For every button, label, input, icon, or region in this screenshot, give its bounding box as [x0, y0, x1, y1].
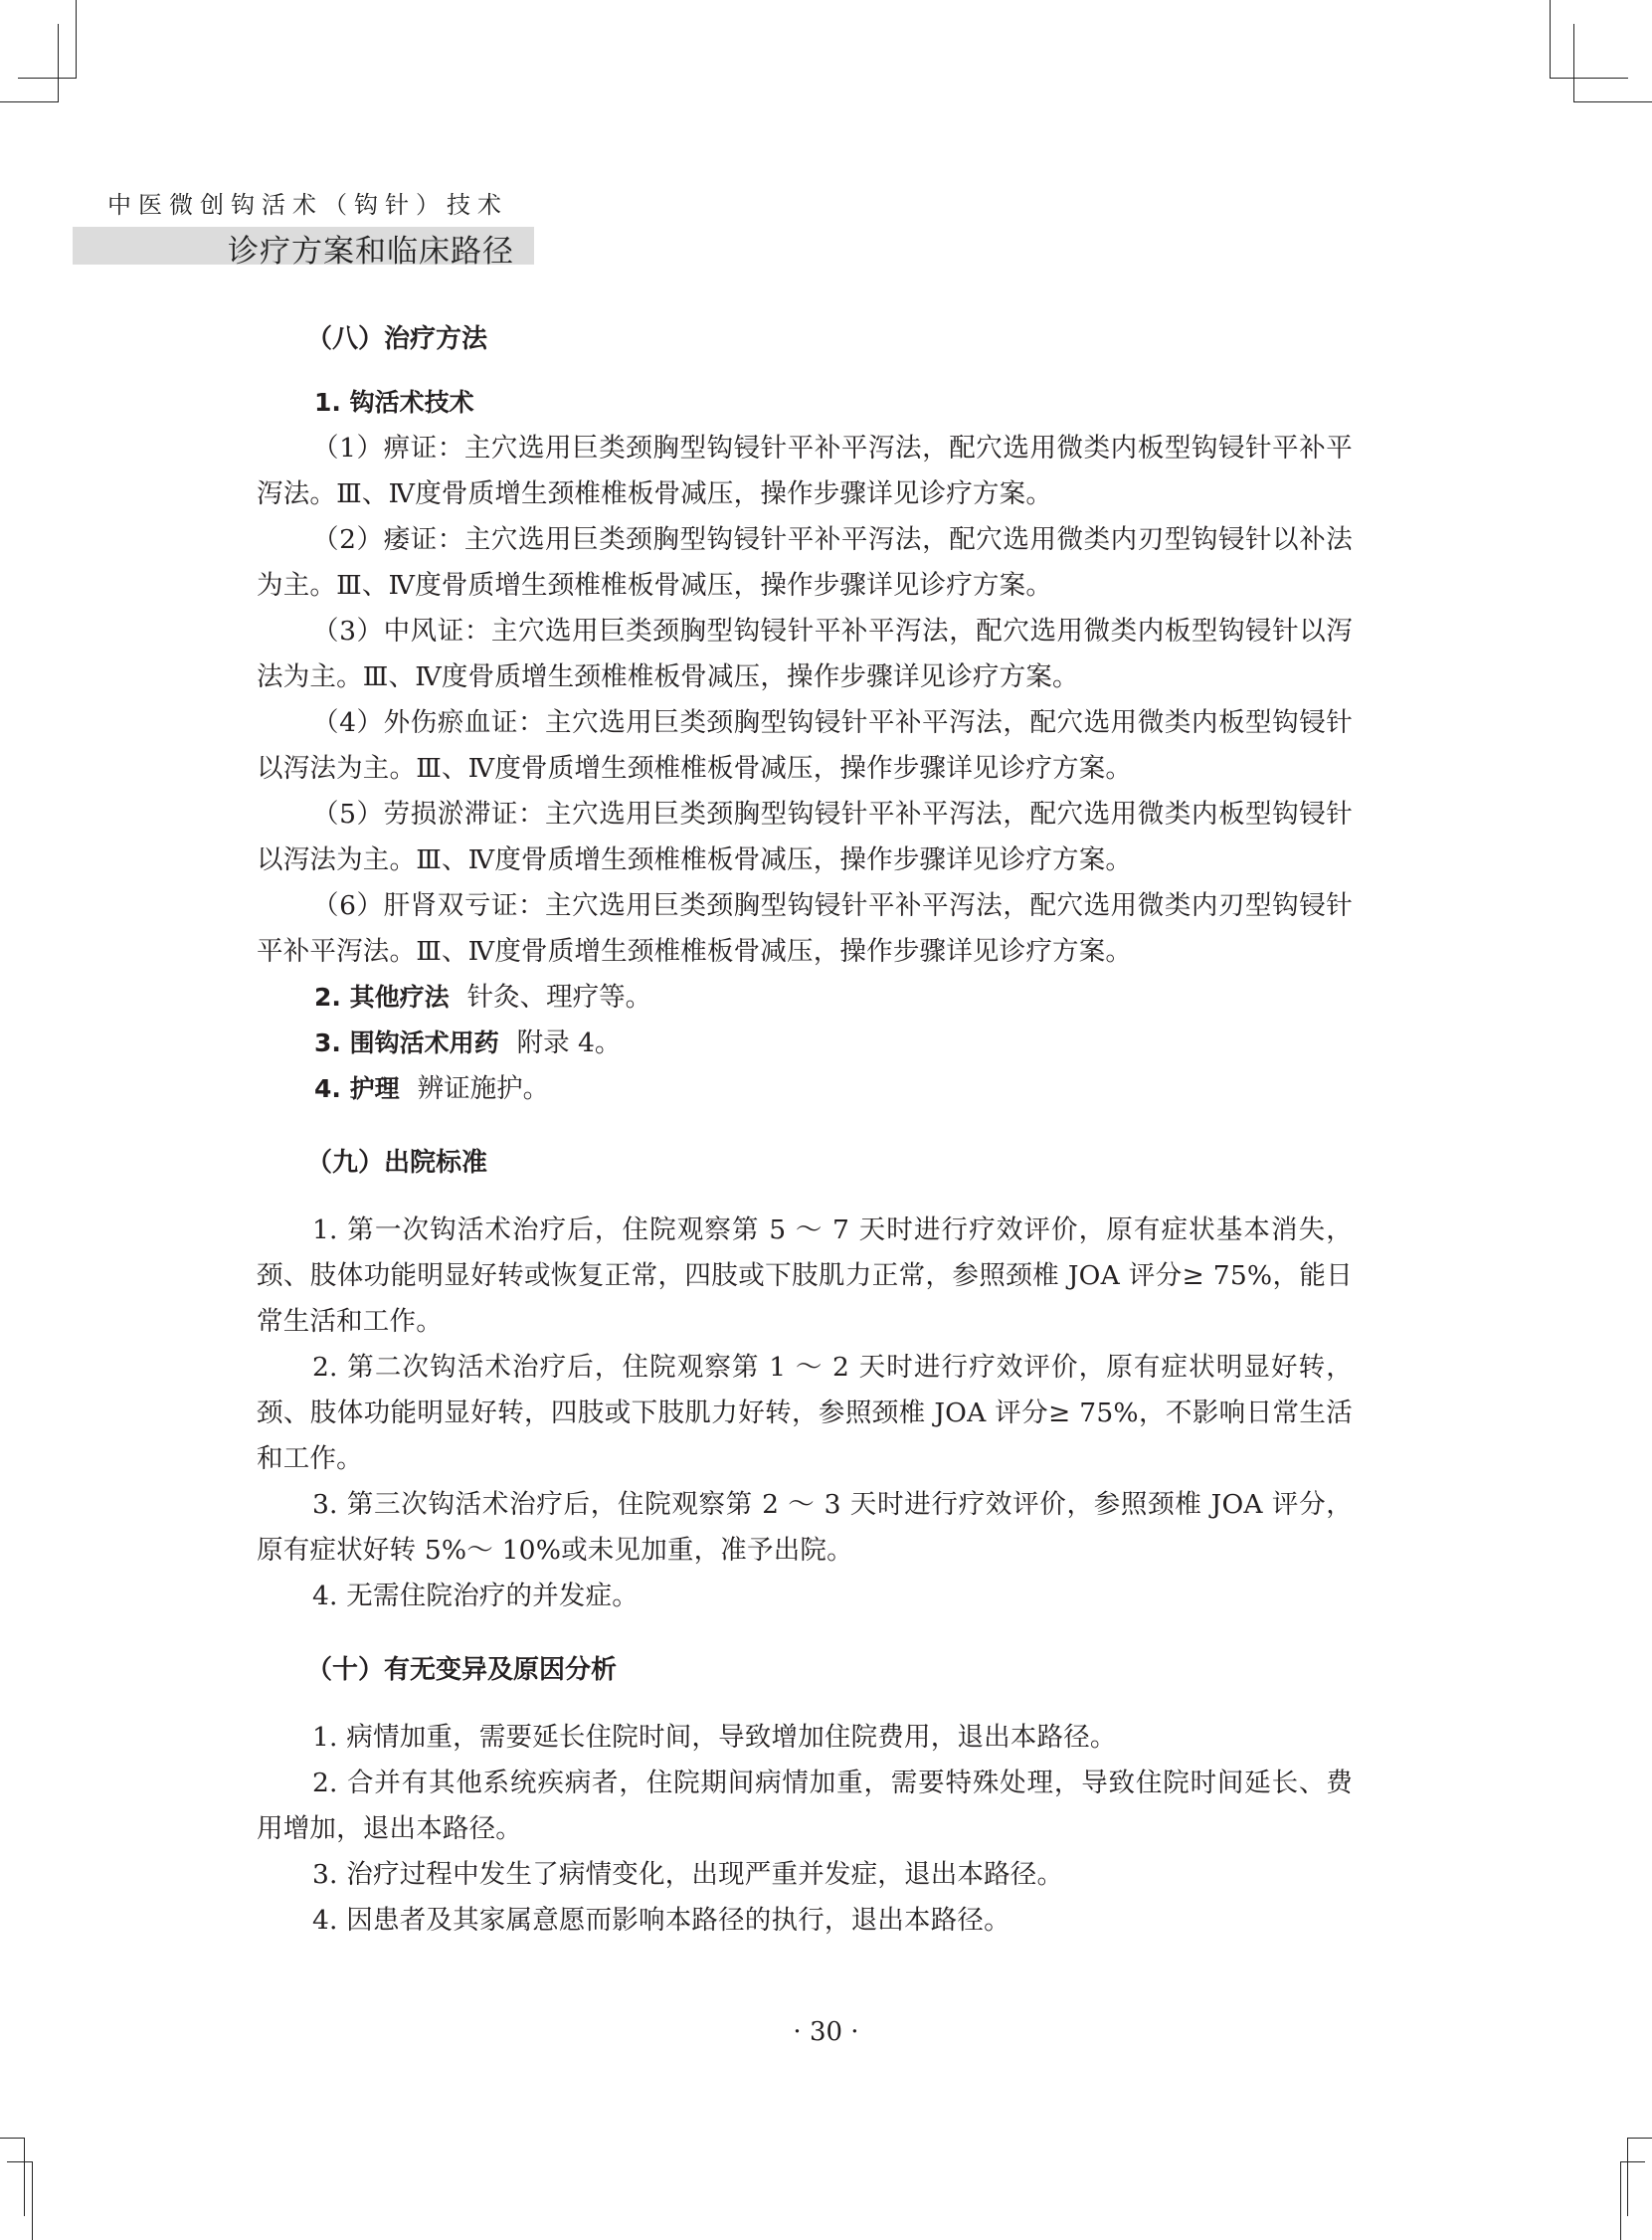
crop-mark-bottom-right — [1620, 2161, 1645, 2162]
treatment-item: （6）肝肾双亏证：主穴选用巨类颈胸型钩锓针平补平泻法，配穴选用微类内刃型钩锓针平… — [257, 883, 1353, 975]
treatment-item: （4）外伤瘀血证：主穴选用巨类颈胸型钩锓针平补平泻法，配穴选用微类内板型钩锓针以… — [257, 700, 1353, 792]
other-therapy: 2. 其他疗法针灸、理疗等。 — [257, 975, 1353, 1021]
discharge-criterion: 2. 第二次钩活术治疗后，住院观察第 1 ～ 2 天时进行疗效评价，原有症状明显… — [257, 1345, 1353, 1482]
nursing: 4. 护理辨证施护。 — [257, 1066, 1353, 1112]
crop-mark-top-left — [18, 78, 77, 79]
treatment-item: （5）劳损淤滞证：主穴选用巨类颈胸型钩锓针平补平泻法，配穴选用微类内板型钩锓针以… — [257, 792, 1353, 883]
page-body: （八）治疗方法 1. 钩活术技术 （1）痹证：主穴选用巨类颈胸型钩锓针平补平泻法… — [257, 316, 1353, 1944]
crop-mark-bottom-right — [1627, 2138, 1652, 2139]
item-lead: 2. 其他疗法 — [314, 983, 450, 1012]
crop-mark-top-left — [0, 101, 59, 102]
crop-mark-top-left — [58, 24, 59, 101]
item-lead: 3. 围钩活术用药 — [314, 1028, 499, 1057]
crop-mark-top-right — [1550, 78, 1628, 79]
crop-mark-bottom-left — [7, 2161, 32, 2162]
crop-mark-top-left — [76, 0, 77, 79]
treatment-item: （2）痿证：主穴选用巨类颈胸型钩锓针平补平泻法，配穴选用微类内刃型钩锓针以补法为… — [257, 517, 1353, 609]
variation-reason: 4. 因患者及其家属意愿而影响本路径的执行，退出本路径。 — [257, 1898, 1353, 1944]
discharge-criterion: 4. 无需住院治疗的并发症。 — [257, 1574, 1353, 1619]
section-heading-8: （八）治疗方法 — [257, 316, 1353, 362]
page-number: · 30 · — [0, 2017, 1652, 2047]
perioperative-medication: 3. 围钩活术用药附录 4。 — [257, 1021, 1353, 1066]
subheading-hook-technique: 1. 钩活术技术 — [257, 380, 1353, 426]
variation-reason: 2. 合并有其他系统疾病者，住院期间病情加重，需要特殊处理，导致住院时间延长、费… — [257, 1761, 1353, 1852]
discharge-criterion: 1. 第一次钩活术治疗后，住院观察第 5 ～ 7 天时进行疗效评价，原有症状基本… — [257, 1208, 1353, 1345]
book-title: 中医微创钩活术（钩针）技术 — [107, 185, 508, 220]
treatment-item: （3）中风证：主穴选用巨类颈胸型钩锓针平补平泻法，配穴选用微类内板型钩锓针以泻法… — [257, 609, 1353, 700]
crop-mark-bottom-right — [1620, 2161, 1621, 2240]
section-heading-9: （九）出院标准 — [257, 1140, 1353, 1186]
item-text: 辨证施护。 — [418, 1073, 550, 1104]
crop-mark-top-right — [1573, 101, 1652, 102]
chapter-title: 诊疗方案和临床路径 — [228, 226, 514, 271]
crop-mark-top-right — [1573, 24, 1574, 101]
item-text: 附录 4。 — [517, 1027, 622, 1058]
item-text: 针灸、理疗等。 — [467, 982, 652, 1013]
section-heading-10: （十）有无变异及原因分析 — [257, 1647, 1353, 1693]
variation-reason: 3. 治疗过程中发生了病情变化，出现严重并发症，退出本路径。 — [257, 1852, 1353, 1898]
crop-mark-bottom-left — [0, 2138, 25, 2139]
variation-reason: 1. 病情加重，需要延长住院时间，导致增加住院费用，退出本路径。 — [257, 1715, 1353, 1761]
treatment-item: （1）痹证：主穴选用巨类颈胸型钩锓针平补平泻法，配穴选用微类内板型钩锓针平补平泻… — [257, 426, 1353, 517]
discharge-criterion: 3. 第三次钩活术治疗后，住院观察第 2 ～ 3 天时进行疗效评价，参照颈椎 J… — [257, 1482, 1353, 1574]
crop-mark-bottom-right — [1627, 2138, 1628, 2216]
crop-mark-bottom-left — [32, 2161, 33, 2240]
crop-mark-top-right — [1550, 0, 1551, 79]
item-lead: 4. 护理 — [314, 1074, 400, 1103]
crop-mark-bottom-left — [24, 2138, 25, 2216]
